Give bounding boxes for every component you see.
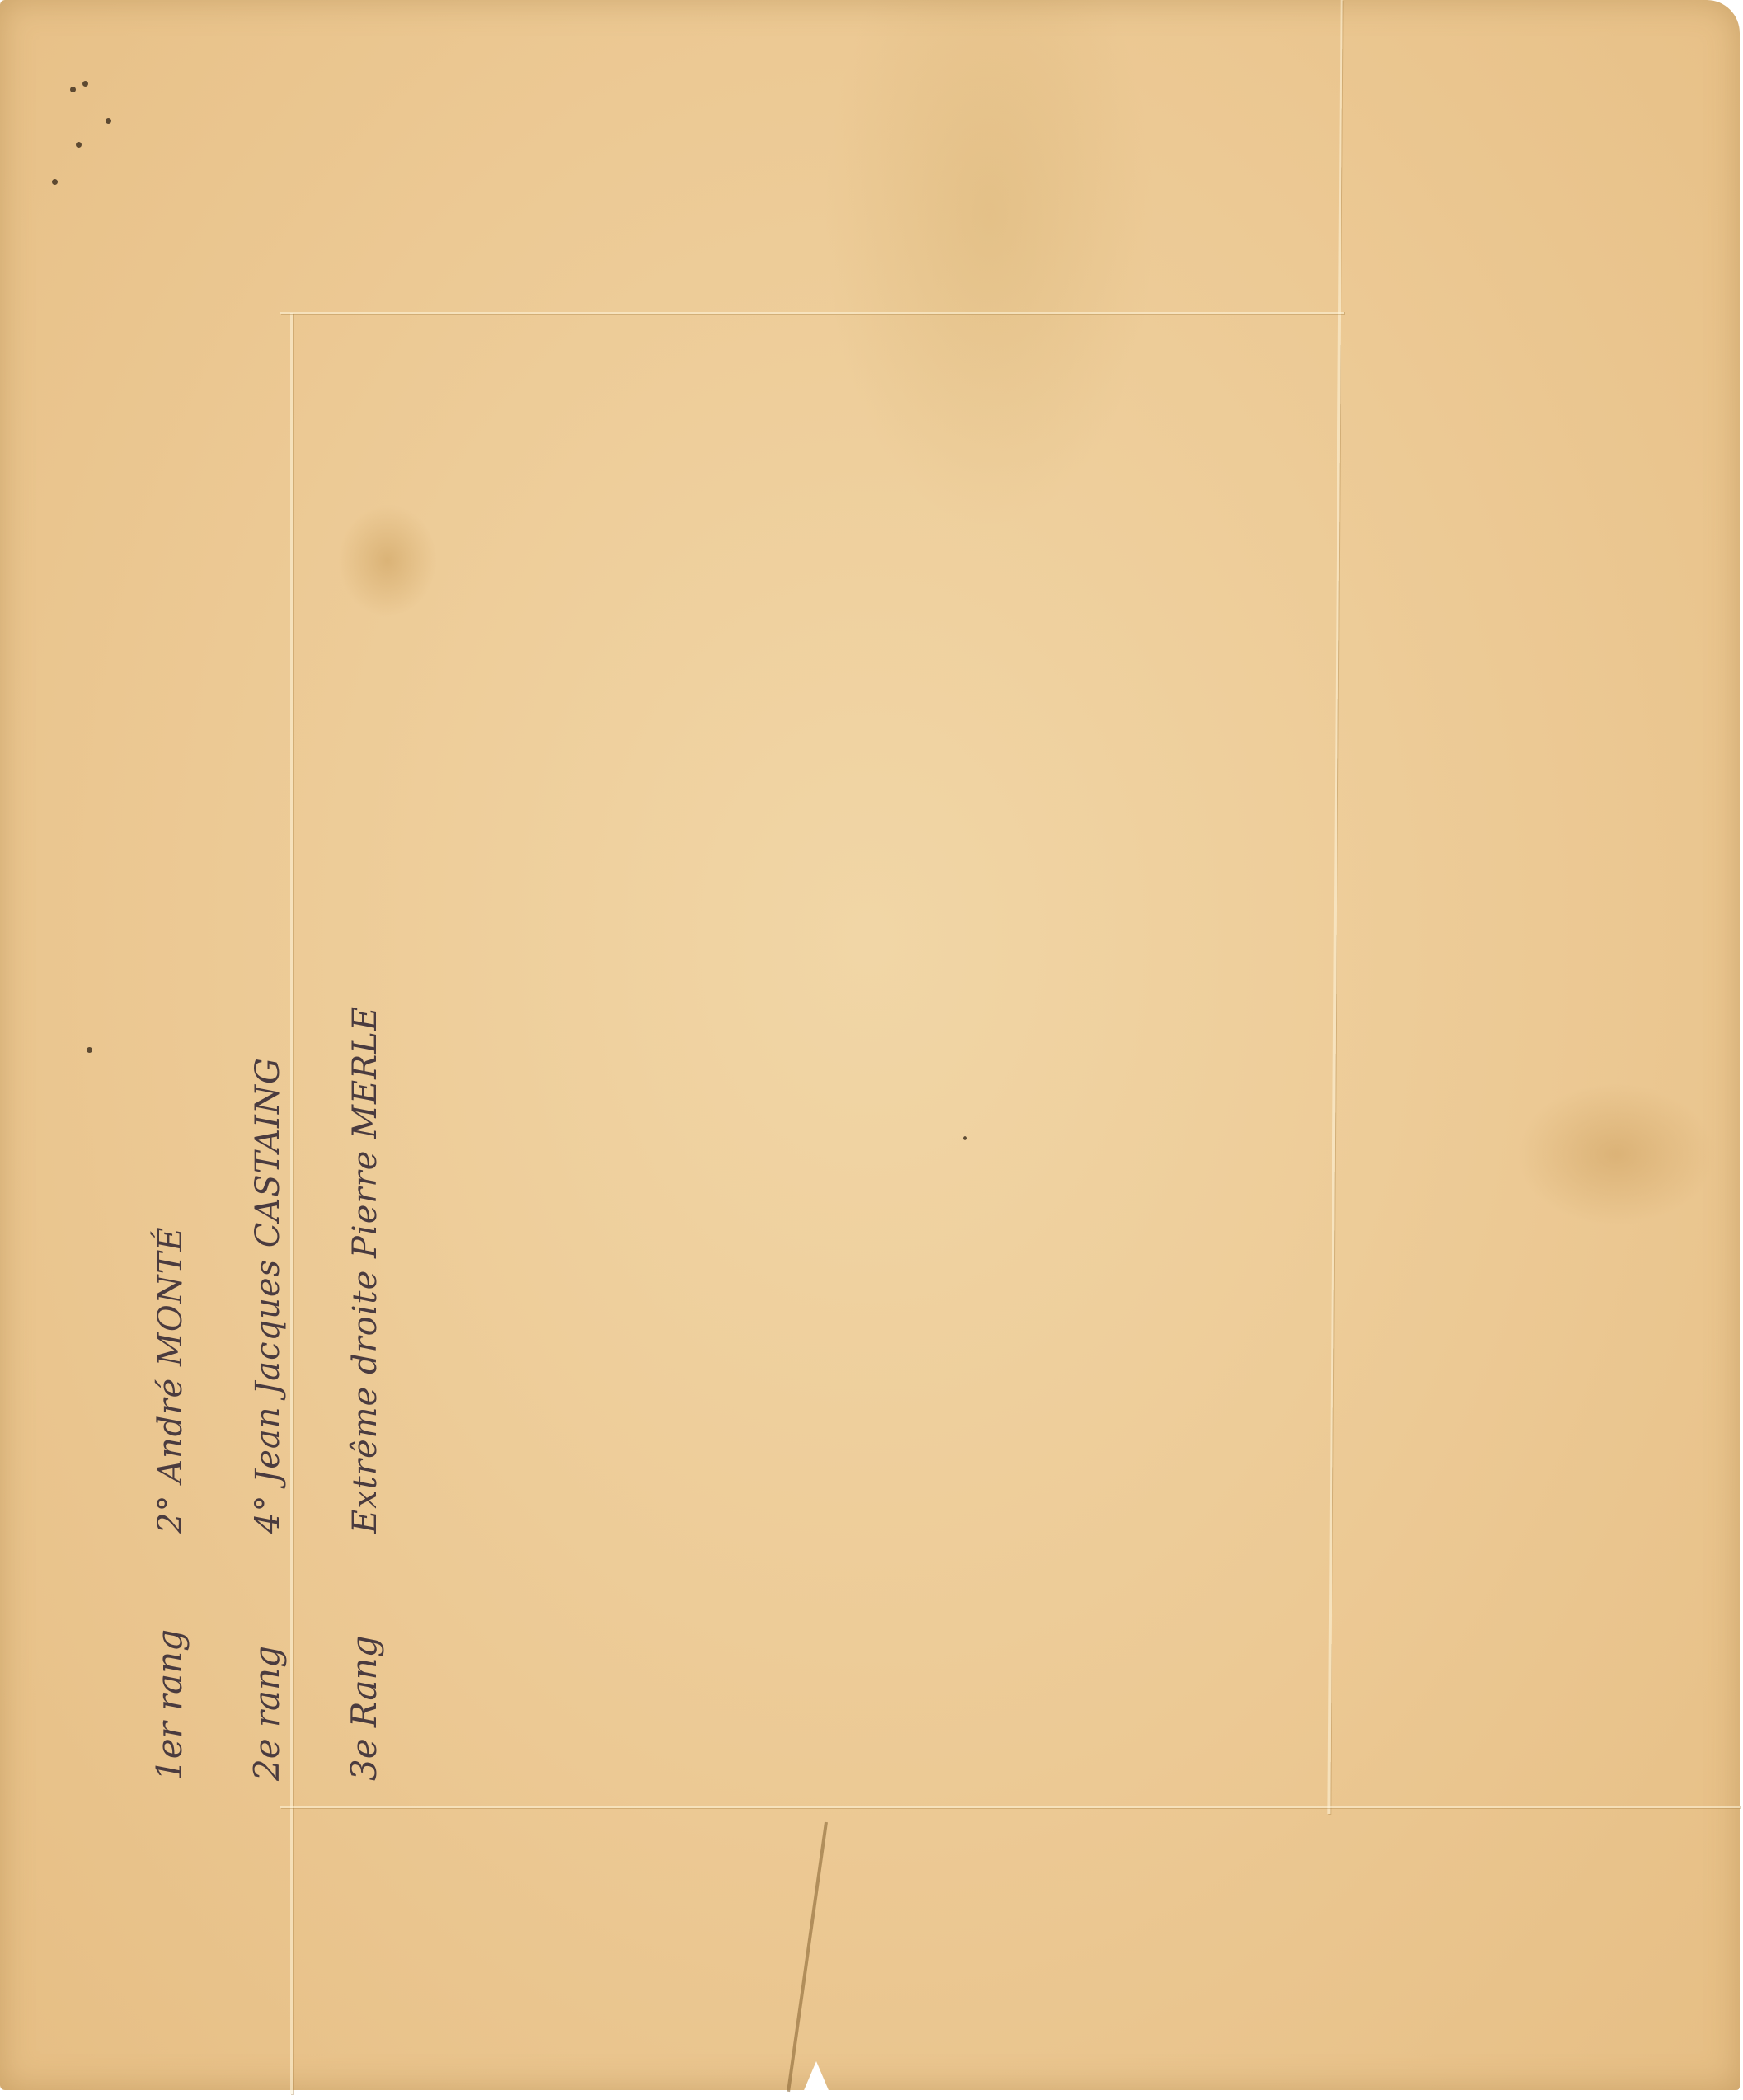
note-rank: 2e rang <box>250 1534 284 1781</box>
note-row-3: 3e Rang Extrême droite Pierre MERLE <box>347 1006 444 1781</box>
pinhole-mark <box>70 87 76 92</box>
fold-crease-horizontal-bottom <box>280 1806 1740 1808</box>
pinhole-mark <box>106 118 111 124</box>
note-name: 2° André MONTÉ <box>154 1226 187 1534</box>
note-name: Extrême droite Pierre MERLE <box>349 1006 382 1534</box>
paper-tear <box>787 1822 828 2092</box>
aged-paper-sheet: 1er rang 2° André MONTÉ 2e rang 4° Jean … <box>0 0 1740 2090</box>
note-rank: 1er rang <box>153 1534 187 1781</box>
note-rank: 3e Rang <box>347 1534 382 1781</box>
fold-crease-vertical-right <box>1327 0 1342 1814</box>
pinhole-mark <box>76 142 82 148</box>
pinhole-mark <box>87 1047 92 1053</box>
note-name: 4° Jean Jacques CASTAING <box>251 1057 284 1534</box>
fold-crease-horizontal-top <box>280 312 1344 314</box>
ink-speck <box>963 1136 967 1140</box>
note-row-2: 2e rang 4° Jean Jacques CASTAING <box>250 1006 347 1781</box>
note-row-1: 1er rang 2° André MONTÉ <box>153 1006 250 1781</box>
pinhole-mark <box>52 179 58 185</box>
handwritten-notes: 1er rang 2° André MONTÉ 2e rang 4° Jean … <box>153 1006 444 1781</box>
pinhole-mark <box>82 81 88 87</box>
